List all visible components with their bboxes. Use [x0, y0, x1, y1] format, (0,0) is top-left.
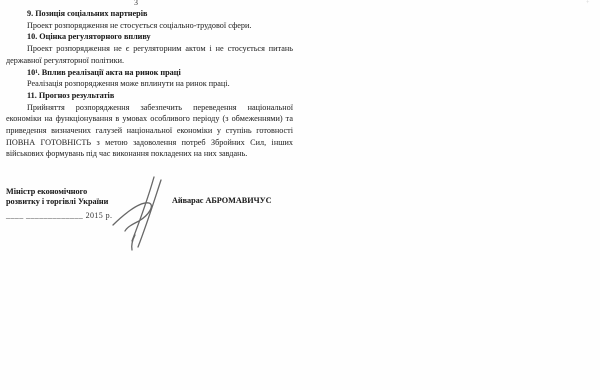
signature-block: Міністр економічного розвитку і торгівлі… [6, 187, 586, 220]
section-heading: 10¹. Вплив реалізації акта на ринок прац… [6, 67, 293, 79]
section-heading: 9. Позиція соціальних партнерів [6, 8, 293, 20]
section-paragraph: Реалізація розпорядження може вплинути н… [6, 78, 293, 90]
signature-date-line: ____ _____________ 2015 р. [6, 211, 586, 220]
signer-name: Айварас АБРОМАВИЧУС [172, 196, 272, 205]
signer-title-line1: Міністр економічного [6, 187, 136, 197]
signer-title-line2: розвитку і торгівлі України [6, 197, 136, 207]
section-paragraph: Проект розпорядження не стосується соціа… [6, 20, 293, 32]
page-number: 3 [0, 0, 272, 7]
section-10: 10. Оцінка регуляторного впливу Проект р… [6, 31, 293, 66]
document-body: 9. Позиція соціальних партнерів Проект р… [6, 8, 293, 160]
section-10-1: 10¹. Вплив реалізації акта на ринок прац… [6, 67, 293, 90]
scan-artifact: + [586, 0, 589, 6]
section-heading: 10. Оцінка регуляторного впливу [6, 31, 293, 43]
section-paragraph: Прийняття розпорядження забезпечить пере… [6, 102, 293, 161]
section-heading: 11. Прогноз результатів [6, 90, 293, 102]
scanned-document-page: 3 9. Позиція соціальних партнерів Проект… [0, 0, 600, 390]
signer-title: Міністр економічного розвитку і торгівлі… [6, 187, 136, 208]
section-paragraph: Проект розпорядження не є регуляторним а… [6, 43, 293, 66]
section-9: 9. Позиція соціальних партнерів Проект р… [6, 8, 293, 31]
section-11: 11. Прогноз результатів Прийняття розпор… [6, 90, 293, 160]
